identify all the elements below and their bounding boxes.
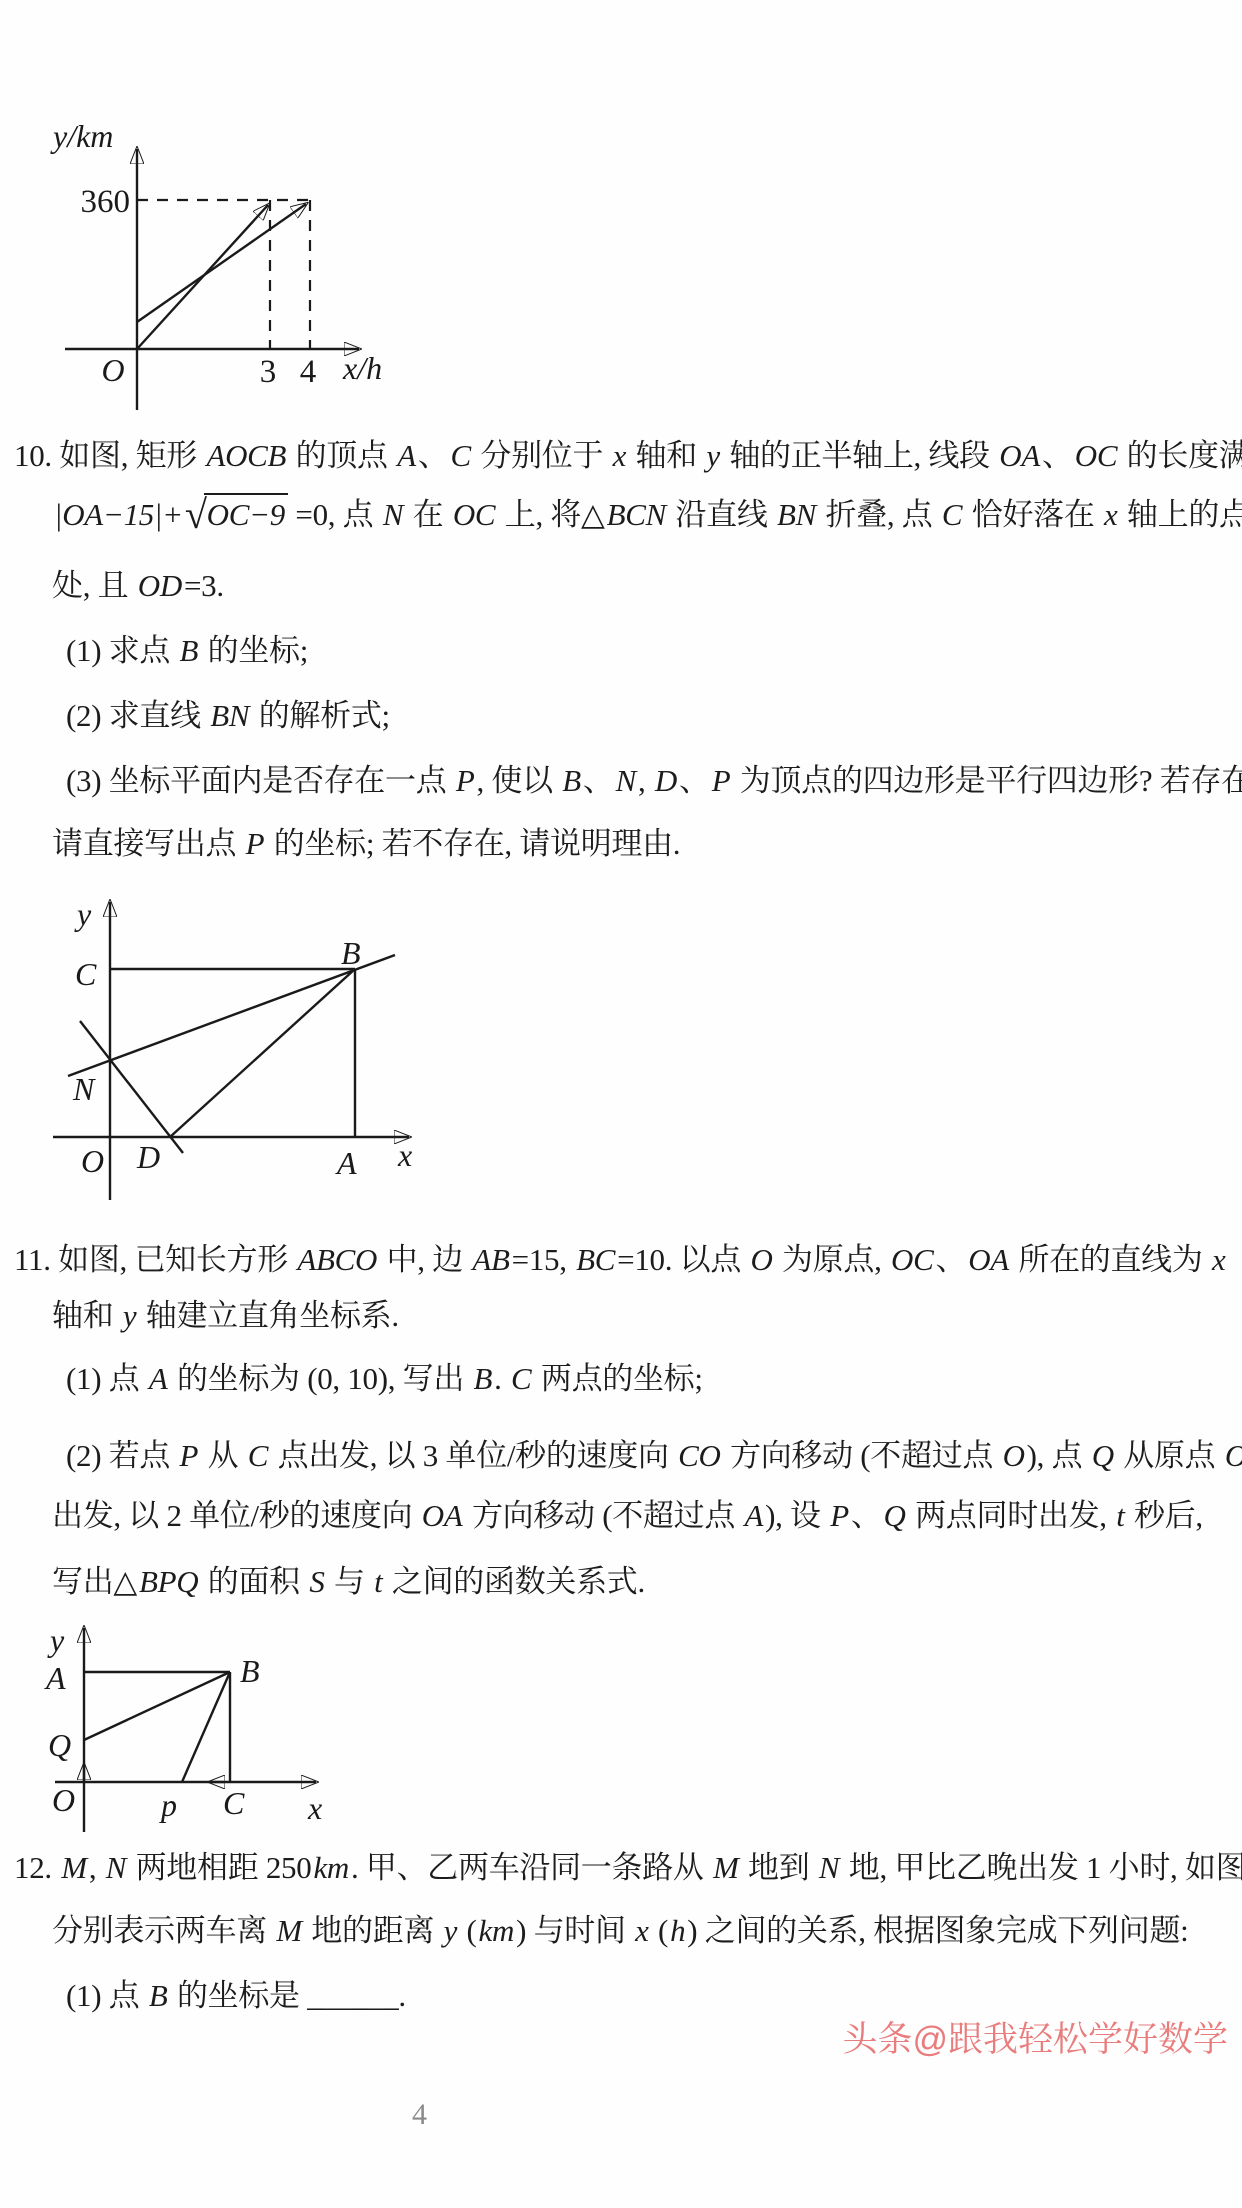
y-axis-label: y/km — [50, 118, 113, 154]
point-b-label: B — [341, 935, 361, 971]
y-tick-360: 360 — [81, 184, 131, 220]
problem10-line1: 10. 如图, 矩形 AOCB 的顶点 A、C 分别位于 x 轴和 y 轴的正半… — [14, 433, 1242, 479]
figure-distance-time-graph: y/km 360 O 3 4 x/h — [25, 85, 395, 415]
point-d-label: D — [136, 1139, 160, 1175]
segment-bd — [170, 969, 355, 1137]
worksheet-page: y/km 360 O 3 4 x/h 10. 如图, 矩形 AOCB 的顶点 A… — [0, 0, 1242, 2208]
point-c-label: C — [223, 1785, 245, 1821]
problem11-line1: 11. 如图, 已知长方形 ABCO 中, 边 AB=15, BC=10. 以点… — [14, 1237, 1228, 1283]
problem10-formula-line: |OA−15|+√OC−9 =0, 点 N 在 OC 上, 将△BCN 沿直线 … — [52, 492, 1242, 538]
problem11-part2-line3: 写出△BPQ 的面积 S 与 t 之间的函数关系式. — [52, 1559, 645, 1605]
point-n-label: N — [72, 1071, 96, 1107]
y-axis-label: y — [47, 1622, 65, 1658]
page-number: 4 — [412, 2098, 427, 2132]
figure-problem10-rectangle-fold: y x O C B N D A — [45, 890, 470, 1205]
segment-qb — [84, 1672, 230, 1740]
problem11-part1: (1) 点 A 的坐标为 (0, 10), 写出 B. C 两点的坐标; — [66, 1356, 703, 1402]
segment-pb — [182, 1672, 230, 1782]
problem10-part1: (1) 求点 B 的坐标; — [66, 628, 308, 674]
point-b-label: B — [240, 1653, 260, 1689]
problem12-line1: 12. M, N 两地相距 250km. 甲、乙两车沿同一条路从 M 地到 N … — [14, 1845, 1242, 1891]
problem12-line2: 分别表示两车离 M 地的距离 y (km) 与时间 x (h) 之间的关系, 根… — [52, 1908, 1188, 1954]
problem12-part1: (1) 点 B 的坐标是 ______. — [66, 1973, 406, 2019]
problem11-part2-line2: 出发, 以 2 单位/秒的速度向 OA 方向移动 (不超过点 A), 设 P、Q… — [52, 1493, 1203, 1539]
line-bn-extended — [68, 955, 395, 1076]
figure-problem11-rectangle-motion: y A B Q O p C x — [30, 1618, 360, 1838]
point-c-label: C — [75, 956, 97, 992]
y-axis-label: y — [74, 896, 92, 932]
line-nd-extended — [80, 1021, 183, 1153]
origin-label: O — [101, 352, 124, 388]
point-q-label: Q — [48, 1727, 71, 1763]
problem10-part3-line2: 请直接写出点 P 的坐标; 若不存在, 请说明理由. — [52, 821, 680, 867]
origin-label: O — [81, 1143, 104, 1179]
point-p-label: p — [159, 1787, 177, 1823]
problem10-part3-line1: (3) 坐标平面内是否存在一点 P, 使以 B、N, D、P 为顶点的四边形是平… — [66, 758, 1242, 804]
car2-graph-line — [137, 204, 306, 322]
x-tick-3: 3 — [260, 354, 277, 390]
x-axis-label: x — [307, 1790, 322, 1826]
x-axis-label: x — [397, 1137, 412, 1173]
point-a-label: A — [335, 1145, 357, 1181]
watermark-text: 头条@跟我轻松学好数学 — [842, 2012, 1228, 2062]
point-a-label: A — [44, 1660, 66, 1696]
problem11-line2: 轴和 y 轴建立直角坐标系. — [52, 1293, 399, 1339]
origin-label: O — [52, 1782, 75, 1818]
x-tick-4: 4 — [300, 354, 317, 390]
problem10-part2: (2) 求直线 BN 的解析式; — [66, 693, 390, 739]
problem10-line3: 处, 且 OD=3. — [52, 563, 224, 609]
problem11-part2-line1: (2) 若点 P 从 C 点出发, 以 3 单位/秒的速度向 CO 方向移动 (… — [66, 1433, 1242, 1479]
x-axis-label: x/h — [342, 350, 382, 386]
